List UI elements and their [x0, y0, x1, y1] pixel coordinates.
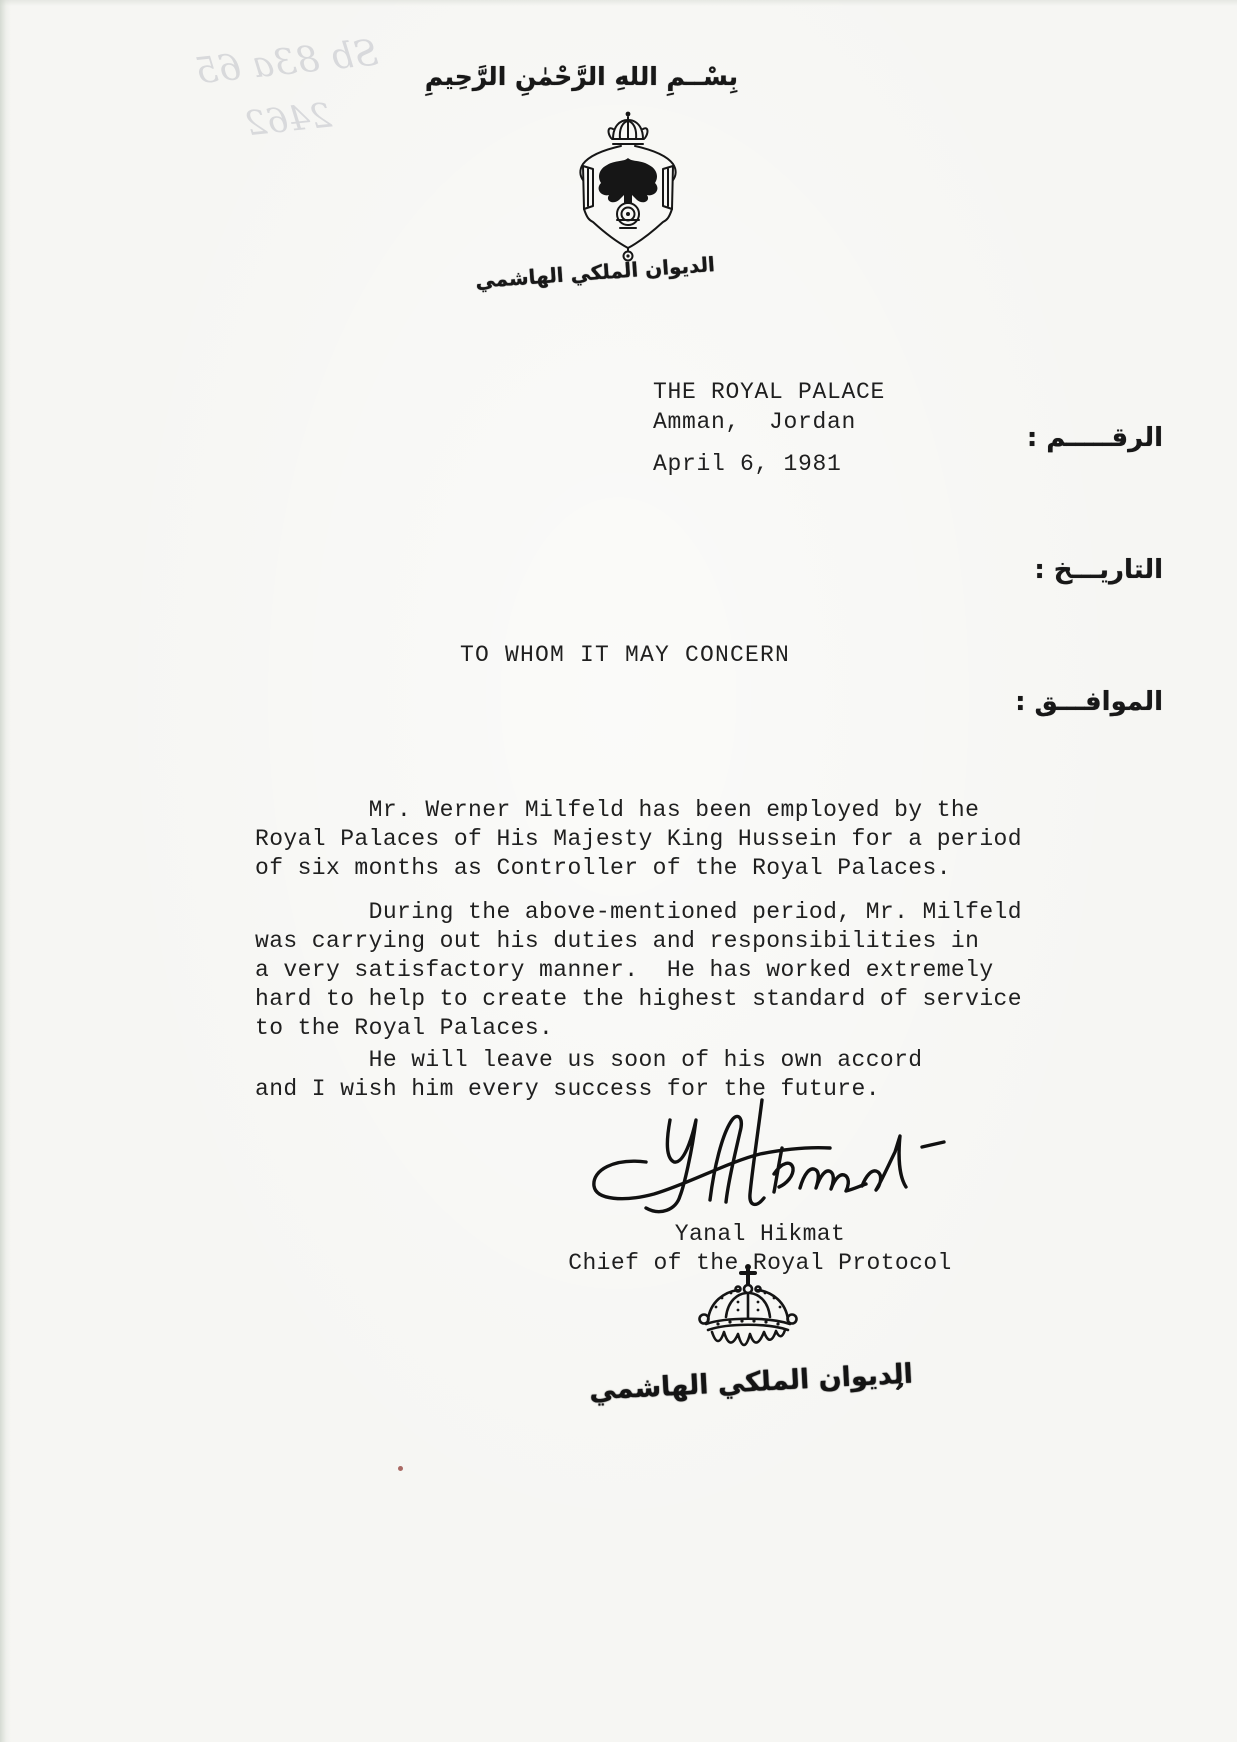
body-paragraph-2: During the above-mentioned period, Mr. M…	[255, 898, 1045, 1043]
signer-name: Yanal Hikmat	[565, 1220, 955, 1249]
scan-edge-top	[0, 0, 1237, 6]
sender-line-2: Amman, Jordan	[653, 408, 856, 437]
royal-crown-stamp-icon	[686, 1262, 811, 1377]
body-paragraph-1: Mr. Werner Milfeld has been employed by …	[255, 796, 1045, 883]
scan-edge-left	[0, 0, 11, 1742]
ref-label-number: الرقـــــم :	[1015, 416, 1163, 460]
bleedthrough-text-2: 2462	[243, 96, 333, 145]
bismillah-calligraphy: بِسْــمِ اللهِ الرَّحْمٰنِ الرَّحِيمِ	[518, 62, 738, 91]
ref-label-corresponding: الموافـــق :	[1015, 680, 1163, 724]
jordan-coat-of-arms-icon	[563, 108, 693, 266]
reference-labels-block: الرقـــــم : التاريـــخ : الموافـــق :	[1015, 328, 1163, 812]
scanned-letter-page: Sb 83a 65 2462 بِسْــمِ اللهِ الرَّحْمٰن…	[0, 0, 1237, 1742]
handwritten-signature-icon	[550, 1090, 1000, 1225]
letter-date: April 6, 1981	[653, 450, 842, 479]
stamp-calligraphy: الديوان الملكي الهاشمي	[627, 1359, 913, 1405]
bleedthrough-text-1: Sb 83a 65	[193, 33, 380, 93]
sender-line-1: THE ROYAL PALACE	[653, 378, 885, 407]
ink-dot-artifact	[398, 1466, 403, 1471]
letter-heading: TO WHOM IT MAY CONCERN	[460, 641, 790, 670]
ref-label-date: التاريـــخ :	[1015, 548, 1163, 592]
